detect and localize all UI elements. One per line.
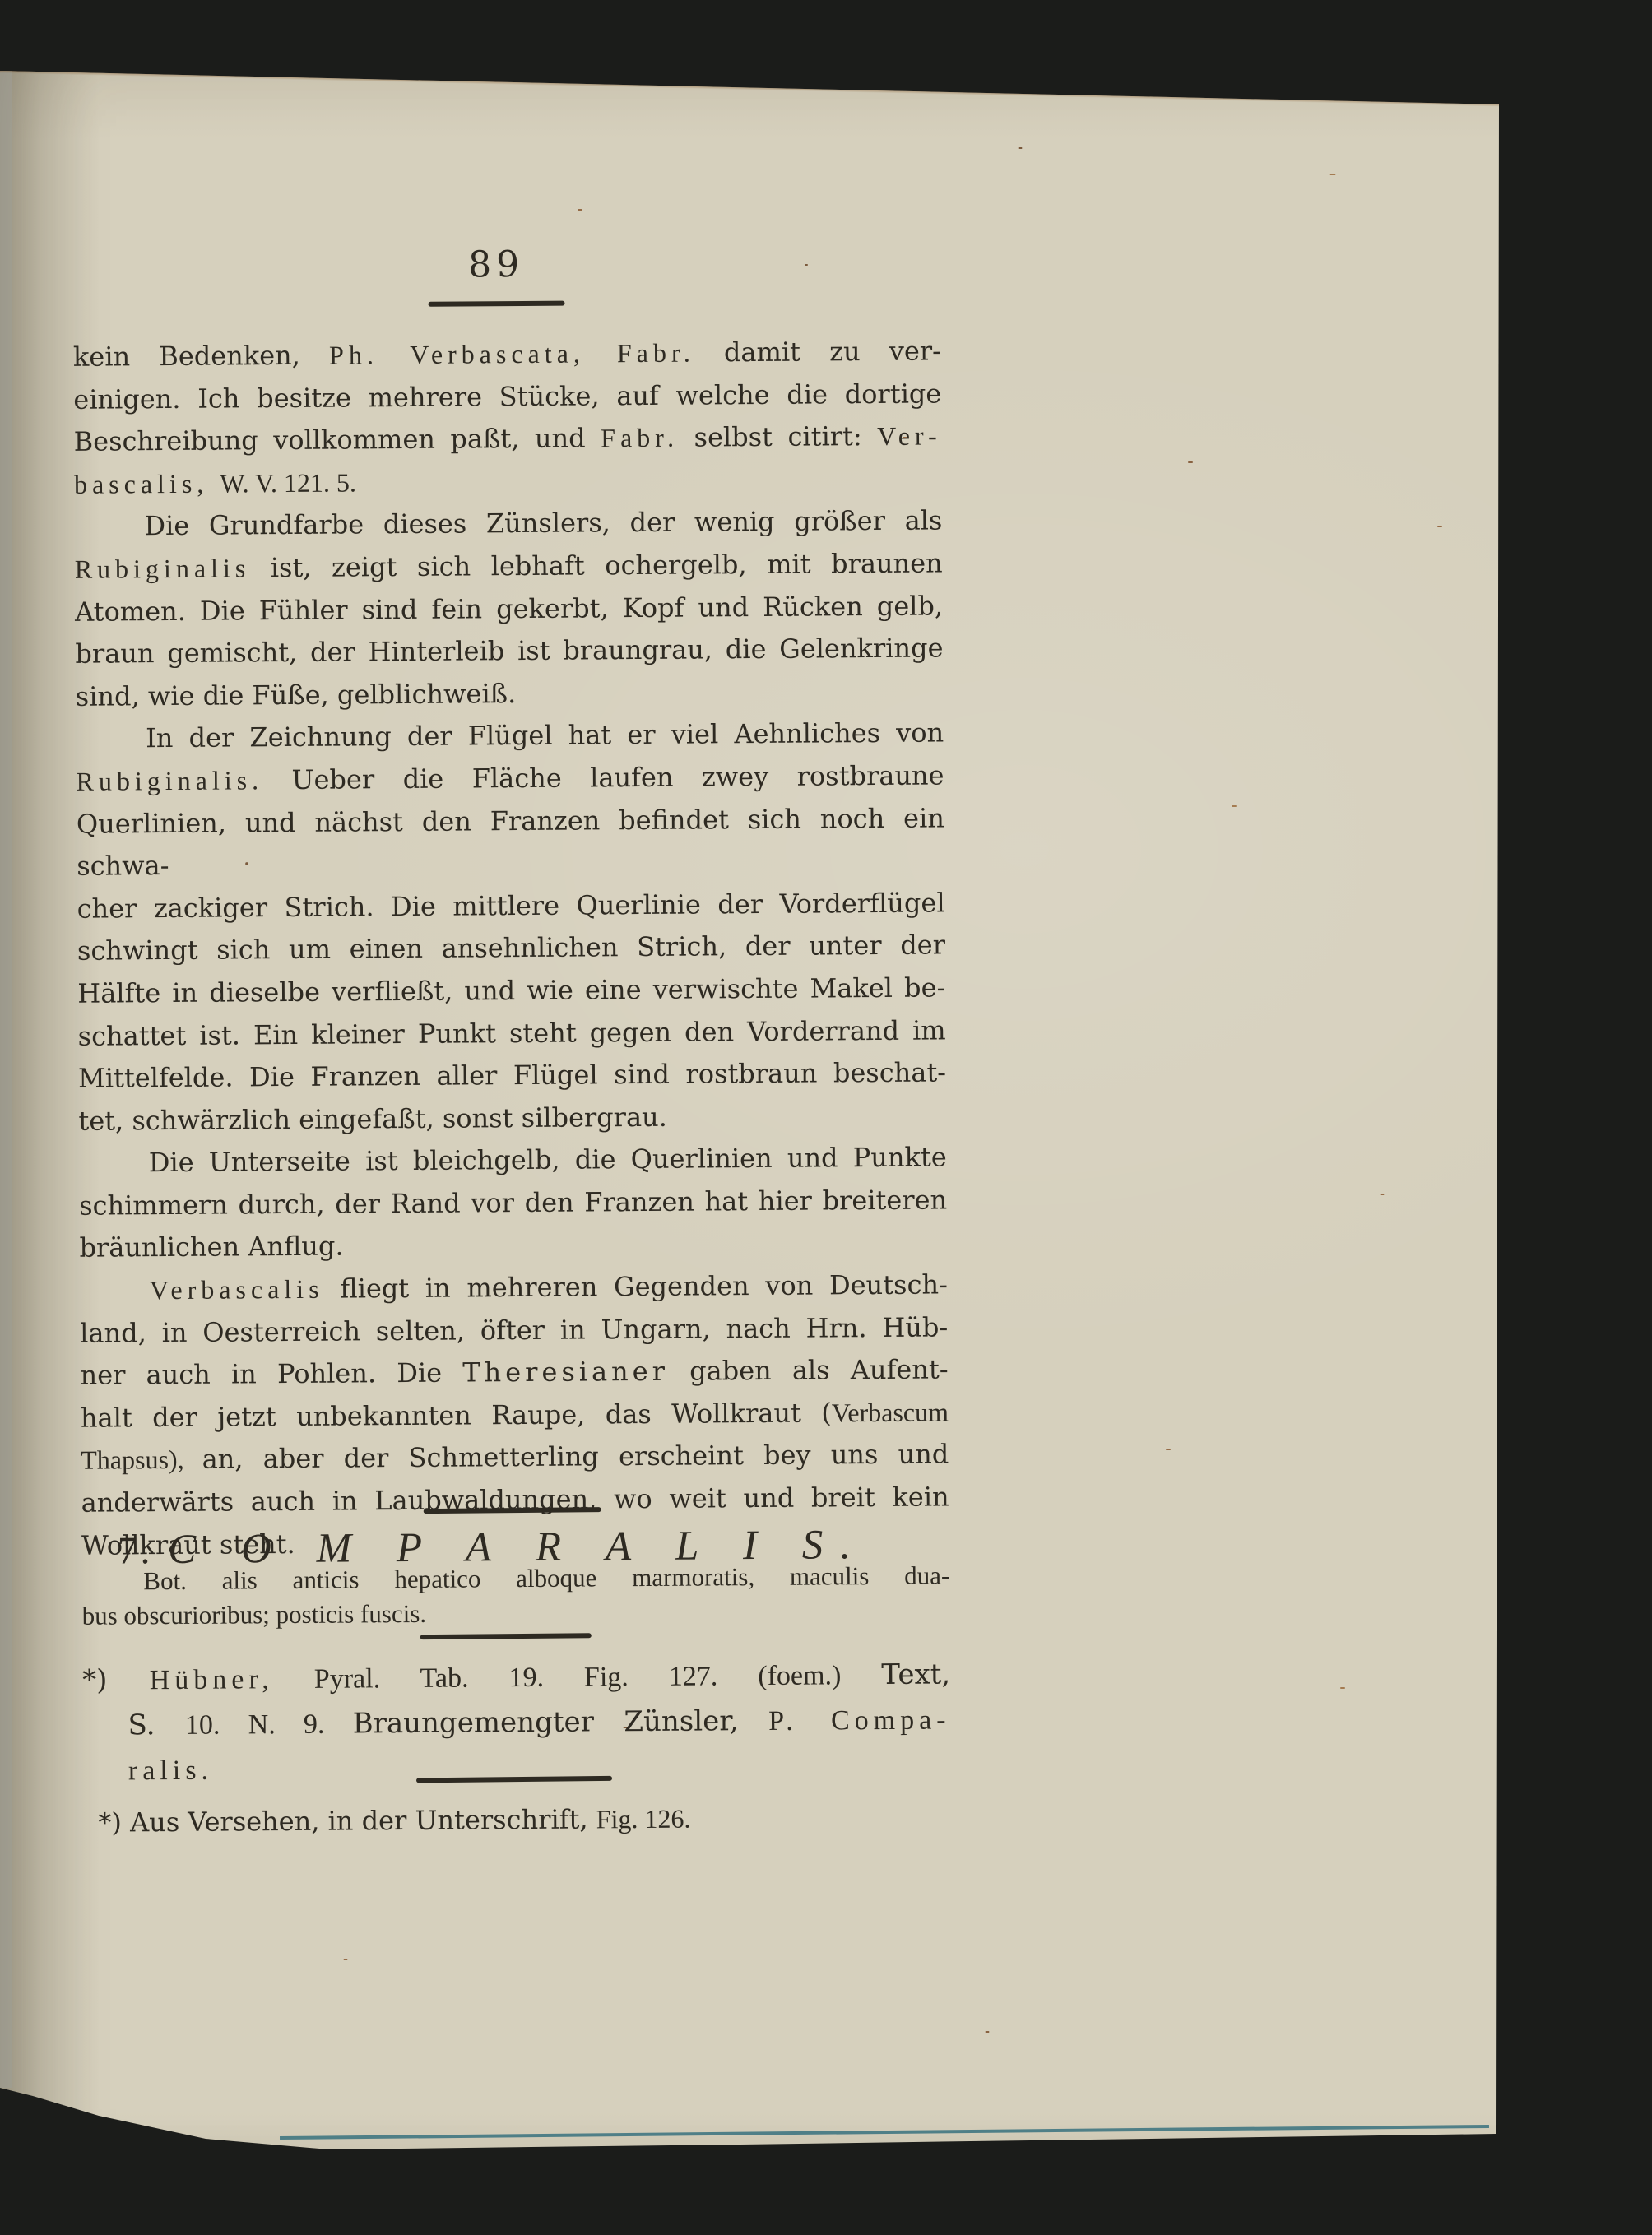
text-line: Bot. alis anticis hepatico alboque marmo…	[81, 1558, 949, 1598]
text-line: *) Aus Versehen, in der Unterschrift, Fi…	[83, 1800, 951, 1839]
printed-text-layer: 89 kein Bedenken, Ph. Verbascata, Fabr. …	[0, 0, 1652, 2235]
text-line: braun gemischt, der Hinterleib ist braun…	[75, 628, 943, 676]
text-line: Verbascalis fliegt in mehreren Gegenden …	[80, 1264, 948, 1312]
text-line: Beschreibung vollkommen paßt, und Fabr. …	[73, 415, 941, 464]
text-line: anderwärts auch in Laubwaldungen, wo wei…	[81, 1476, 949, 1524]
text-line: tet, schwärzlich eingefaßt, sonst silber…	[78, 1094, 946, 1143]
text-line: Die Unterseite ist bleichgelb, die Querl…	[79, 1137, 947, 1185]
text-line: schwingt sich um einen ansehnlichen Stri…	[77, 925, 945, 973]
text-line: cher zackiger Strich. Die mittlere Querl…	[77, 882, 944, 930]
text-line: Rubiginalis. Ueber die Fläche laufen zwe…	[76, 754, 944, 803]
text-line: ralis.	[83, 1742, 951, 1793]
text-line: ner auch in Pohlen. Die Theresianer gabe…	[80, 1349, 948, 1398]
text-line: Mittelfelde. Die Franzen aller Flügel si…	[78, 1052, 946, 1101]
text-line: Querlinien, und nächst den Franzen befin…	[77, 797, 945, 888]
body-text: kein Bedenken, Ph. Verbascata, Fabr. dam…	[73, 330, 949, 1567]
text-line: Thapsus), an, aber der Schmetterling ers…	[81, 1434, 949, 1482]
description-divider-rule	[420, 1633, 592, 1639]
text-line: Hälfte in dieselbe verfließt, und wie ei…	[77, 967, 945, 1015]
text-line: Atomen. Die Fühler sind fein gekerbt, Ko…	[75, 585, 943, 633]
text-line: bräunlichen Anflug.	[79, 1222, 947, 1270]
text-line: *) Hübner, Pyral. Tab. 19. Fig. 127. (fo…	[82, 1652, 950, 1703]
text-line: Die Grundfarbe dieses Zünslers, der weni…	[74, 500, 942, 549]
text-line: bascalis, W. V. 121. 5.	[74, 457, 942, 506]
footnote-secondary: *) Aus Versehen, in der Unterschrift, Fi…	[83, 1800, 951, 1839]
text-line: Rubiginalis ist, zeigt sich lebhaft oche…	[75, 542, 943, 591]
text-line: kein Bedenken, Ph. Verbascata, Fabr. dam…	[73, 330, 941, 378]
text-line: einigen. Ich besitze mehrere Stücke, auf…	[73, 373, 941, 421]
scanned-book-page: { "colors":{ "background":"#1b1c1a", "pa…	[0, 0, 1652, 2235]
latin-description: Bot. alis anticis hepatico alboque marmo…	[81, 1558, 950, 1633]
text-line: halt der jetzt unbekannten Raupe, das Wo…	[81, 1391, 949, 1440]
text-line: bus obscurioribus; posticis fuscis.	[81, 1593, 949, 1633]
text-line: In der Zeichnung der Flügel hat er viel …	[76, 712, 944, 761]
text-line: schattet ist. Ein kleiner Punkt steht ge…	[78, 1009, 946, 1058]
text-line: schimmern durch, der Rand vor den Franze…	[79, 1179, 947, 1227]
text-line: sind, wie die Füße, gelblichweiß.	[76, 670, 944, 718]
text-line: land, in Oesterreich selten, öfter in Un…	[80, 1306, 948, 1355]
page-number: 89	[428, 243, 564, 286]
page-number-rule	[428, 301, 564, 307]
text-line: S. 10. N. 9. Braungemengter Zünsler, P. …	[82, 1697, 950, 1748]
footnote-primary: *) Hübner, Pyral. Tab. 19. Fig. 127. (fo…	[82, 1652, 951, 1793]
